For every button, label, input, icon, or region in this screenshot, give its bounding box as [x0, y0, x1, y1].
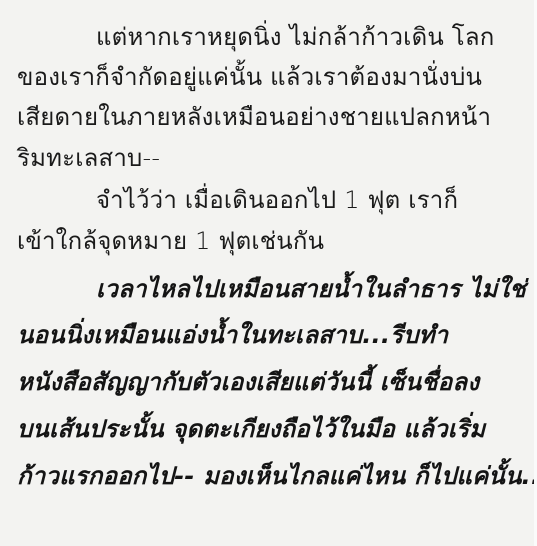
paragraph-3-line-3: หนังสือสัญญากับตัวเองเสียแต่วันนี้ เซ็นช… — [17, 362, 479, 401]
paragraph-3-line-2: นอนนิ่งเหมือนแอ่งน้ำในทะเลสาบ...รีบทำ — [17, 315, 448, 354]
paragraph-1-line-4: ริมทะเลสาบ-- — [17, 138, 160, 177]
paragraph-1-line-1: แต่หากเราหยุดนิ่ง ไม่กล้าก้าวเดิน โลก — [96, 17, 495, 56]
paragraph-1-line-3: เสียดายในภายหลังเหมือนอย่างชายแปลกหน้า — [17, 97, 491, 136]
paragraph-2-line-2: เข้าใกล้จุดหมาย 1 ฟุตเช่นกัน — [17, 221, 324, 260]
paragraph-1-line-2: ของเราก็จำกัดอยู่แค่นั้น แล้วเราต้องมานั… — [17, 57, 482, 96]
paragraph-3-line-5: ก้าวแรกออกไป-- มองเห็นไกลแค่ไหน ก็ไปแค่น… — [17, 456, 537, 495]
paragraph-3-line-4: บนเส้นประนั้น จุดตะเกียงถือไว้ในมือ แล้ว… — [17, 409, 485, 448]
book-page: แต่หากเราหยุดนิ่ง ไม่กล้าก้าวเดิน โลก ขอ… — [0, 0, 537, 546]
paragraph-2-line-1: จำไว้ว่า เมื่อเดินออกไป 1 ฟุต เราก็ — [96, 180, 458, 219]
paragraph-3-line-1: เวลาไหลไปเหมือนสายน้ำในลำธาร ไม่ใช่ — [96, 269, 526, 308]
